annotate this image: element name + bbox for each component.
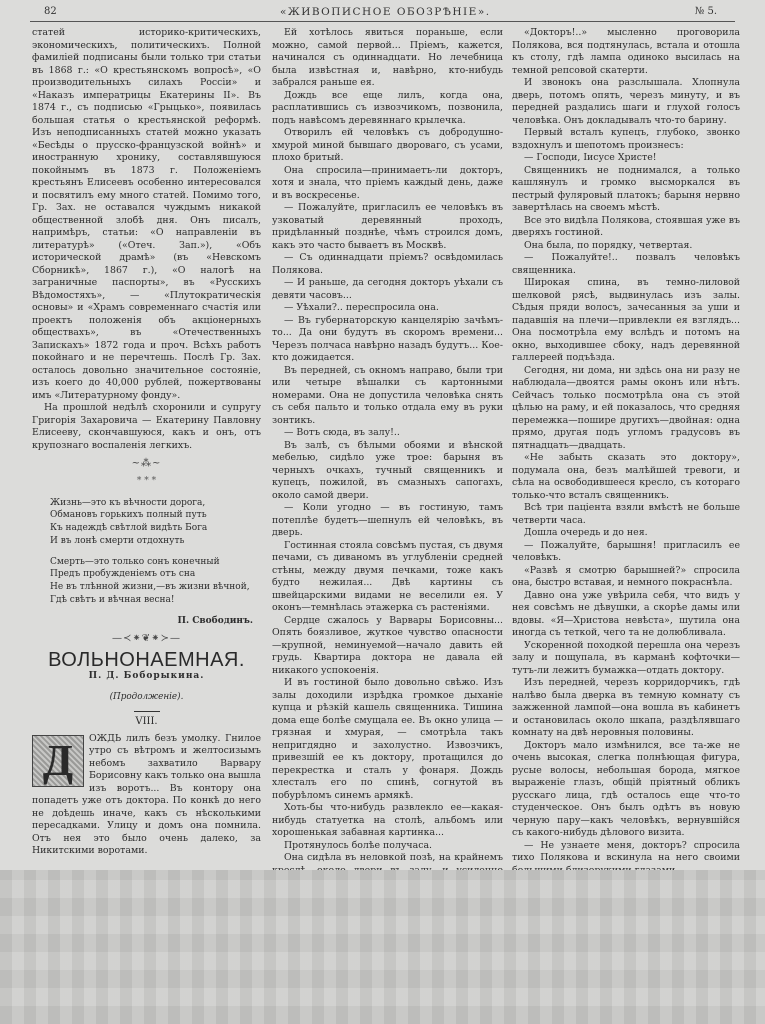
paragraph: — Господи, Іисусе Христе!	[512, 152, 740, 165]
paragraph: — Въ губернаторскую канцелярію зачѣмъ-то…	[272, 315, 503, 365]
poem-stanza: Смерть—это только сонъ конечный Предъ пр…	[50, 556, 261, 607]
paragraph: — Пожалуйте, барышня! пригласилъ ее чело…	[512, 540, 740, 565]
paragraph: И въ гостиной было довольно свѣжо. Изъ з…	[272, 677, 503, 802]
paragraph: «Развѣ я смотрю барышней?» спросила она,…	[512, 565, 740, 590]
paragraph: Первый всталъ купецъ, глубоко, звонко вз…	[512, 127, 740, 152]
poem-line: Предъ пробужденіемъ отъ сна	[50, 568, 261, 581]
paragraph: Ей хотѣлось явиться пораньше, если можно…	[272, 27, 503, 90]
novel-author: П. Д. Боборыкина.	[32, 670, 261, 683]
paragraph: Сердце сжалось у Варвары Борисовны... Оп…	[272, 615, 503, 678]
paragraph: Давно она уже увѣрила себя, что видъ у н…	[512, 590, 740, 640]
pixelated-redacted-area	[0, 870, 765, 1024]
paragraph: Она спросила—принимаетъ-ли докторъ, хотя…	[272, 165, 503, 203]
asterism-icon: * * *	[32, 477, 261, 485]
paragraph: Широкая спина, въ темно-лиловой шелковой…	[512, 277, 740, 365]
paragraph: Докторъ мало измѣнился, все та-же не оче…	[512, 740, 740, 840]
continuation-note: (Продолженіе).	[32, 691, 261, 704]
paragraph: Сегодня, ни дома, ни здѣсь она ни разу н…	[512, 365, 740, 453]
header-rule	[30, 21, 735, 22]
paragraph: — Пожалуйте, пригласилъ ее человѣкъ въ у…	[272, 202, 503, 252]
paragraph: — И раньше, да сегодня докторъ уѣхали съ…	[272, 277, 503, 302]
paragraph: И звонокъ она разслышала. Хлопнула дверь…	[512, 77, 740, 127]
short-rule	[134, 711, 160, 712]
drop-cap-icon: Д	[32, 735, 84, 787]
paragraph: — Вотъ сюда, въ залу!..	[272, 427, 503, 440]
paragraph: — Коли угодно — въ гостиную, тамъ потепл…	[272, 502, 503, 540]
poem-line: Жизнь—это къ вѣчности дорога,	[50, 497, 261, 510]
paragraph: Гостинная стояла совсѣмъ пустая, съ двум…	[272, 540, 503, 615]
poem-line: Не въ тлѣнной жизни,—въ жизни вѣчной,	[50, 581, 261, 594]
paragraph: — Уѣхали?.. переспросила она.	[272, 302, 503, 315]
poem-line: Смерть—это только сонъ конечный	[50, 556, 261, 569]
chapter-number: VIII.	[32, 716, 261, 729]
paragraph: Ускоренной походкой перешла она черезъ з…	[512, 640, 740, 678]
page-number: 82	[44, 6, 57, 17]
paragraph: Въ залѣ, съ бѣлыми обоями и вѣнской мебе…	[272, 440, 503, 503]
paragraph: Въ передней, съ окномъ направо, были три…	[272, 365, 503, 428]
paragraph: Протянулось болѣе получаса.	[272, 840, 503, 853]
ornament-vignette-icon: —≺⁕❦⁕≻—	[32, 633, 261, 646]
paragraph: Отворилъ ей человѣкъ съ добродушно-хмуро…	[272, 127, 503, 165]
ornament-divider-icon: ~⁂~	[32, 458, 261, 471]
paragraph: Дошла очередь и до нея.	[512, 527, 740, 540]
paragraph: «Не забыть сказать это доктору», подумал…	[512, 452, 740, 502]
obituary-paragraph: статей историко-критическихъ, экономичес…	[32, 27, 261, 402]
page-header: 82 «ЖИВОПИСНОЕ ОБОЗРѢНІЕ». № 5.	[30, 6, 735, 20]
poem-author: П. Свободинъ.	[32, 615, 261, 628]
paragraph: «Докторъ!..» мысленно проговорила Поляко…	[512, 27, 740, 77]
obituary-paragraph: На прошлой недѣлѣ схоронили и супругу Гр…	[32, 402, 261, 452]
column-1: статей историко-критическихъ, экономичес…	[32, 27, 261, 858]
paragraph: Изъ передней, черезъ корридорчикъ, гдѣ н…	[512, 677, 740, 740]
issue-number: № 5.	[695, 6, 717, 17]
journal-title: «ЖИВОПИСНОЕ ОБОЗРѢНІЕ».	[280, 6, 491, 18]
novel-title: ВОЛЬНОНАЕМНАЯ.	[32, 654, 261, 667]
column-3: «Докторъ!..» мысленно проговорила Поляко…	[512, 27, 740, 877]
poem-line: И въ лонѣ смерти отдохнуть	[50, 535, 261, 548]
paragraph: — Съ одиннадцати пріемъ? освѣдомилась По…	[272, 252, 503, 277]
column-2: Ей хотѣлось явиться пораньше, если можно…	[272, 27, 503, 940]
paragraph: Дождь все еще лилъ, когда она, расплатив…	[272, 90, 503, 128]
poem: Жизнь—это къ вѣчности дорога, Обмановъ г…	[50, 497, 261, 607]
paragraph: Она была, по порядку, четвертая.	[512, 240, 740, 253]
poem-stanza: Жизнь—это къ вѣчности дорога, Обмановъ г…	[50, 497, 261, 548]
paragraph: — Пожалуйте!.. позвалъ человѣкъ священни…	[512, 252, 740, 277]
paragraph: Священникъ не поднимался, а только кашля…	[512, 165, 740, 215]
paragraph: Все это видѣла Полякова, стоявшая уже въ…	[512, 215, 740, 240]
poem-line: Обмановъ горькихъ полный путь	[50, 509, 261, 522]
paragraph: Всѣ три паціента взяли вмѣстѣ не больше …	[512, 502, 740, 527]
poem-line: Къ надеждѣ свѣтлой видѣть Бога	[50, 522, 261, 535]
newspaper-page: 82 «ЖИВОПИСНОЕ ОБОЗРѢНІЕ». № 5. статей и…	[0, 0, 765, 1024]
paragraph: Хоть-бы что-нибудь развлекло ее—какая-ни…	[272, 802, 503, 840]
poem-line: Гдѣ свѣтъ и вѣчная весна!	[50, 594, 261, 607]
